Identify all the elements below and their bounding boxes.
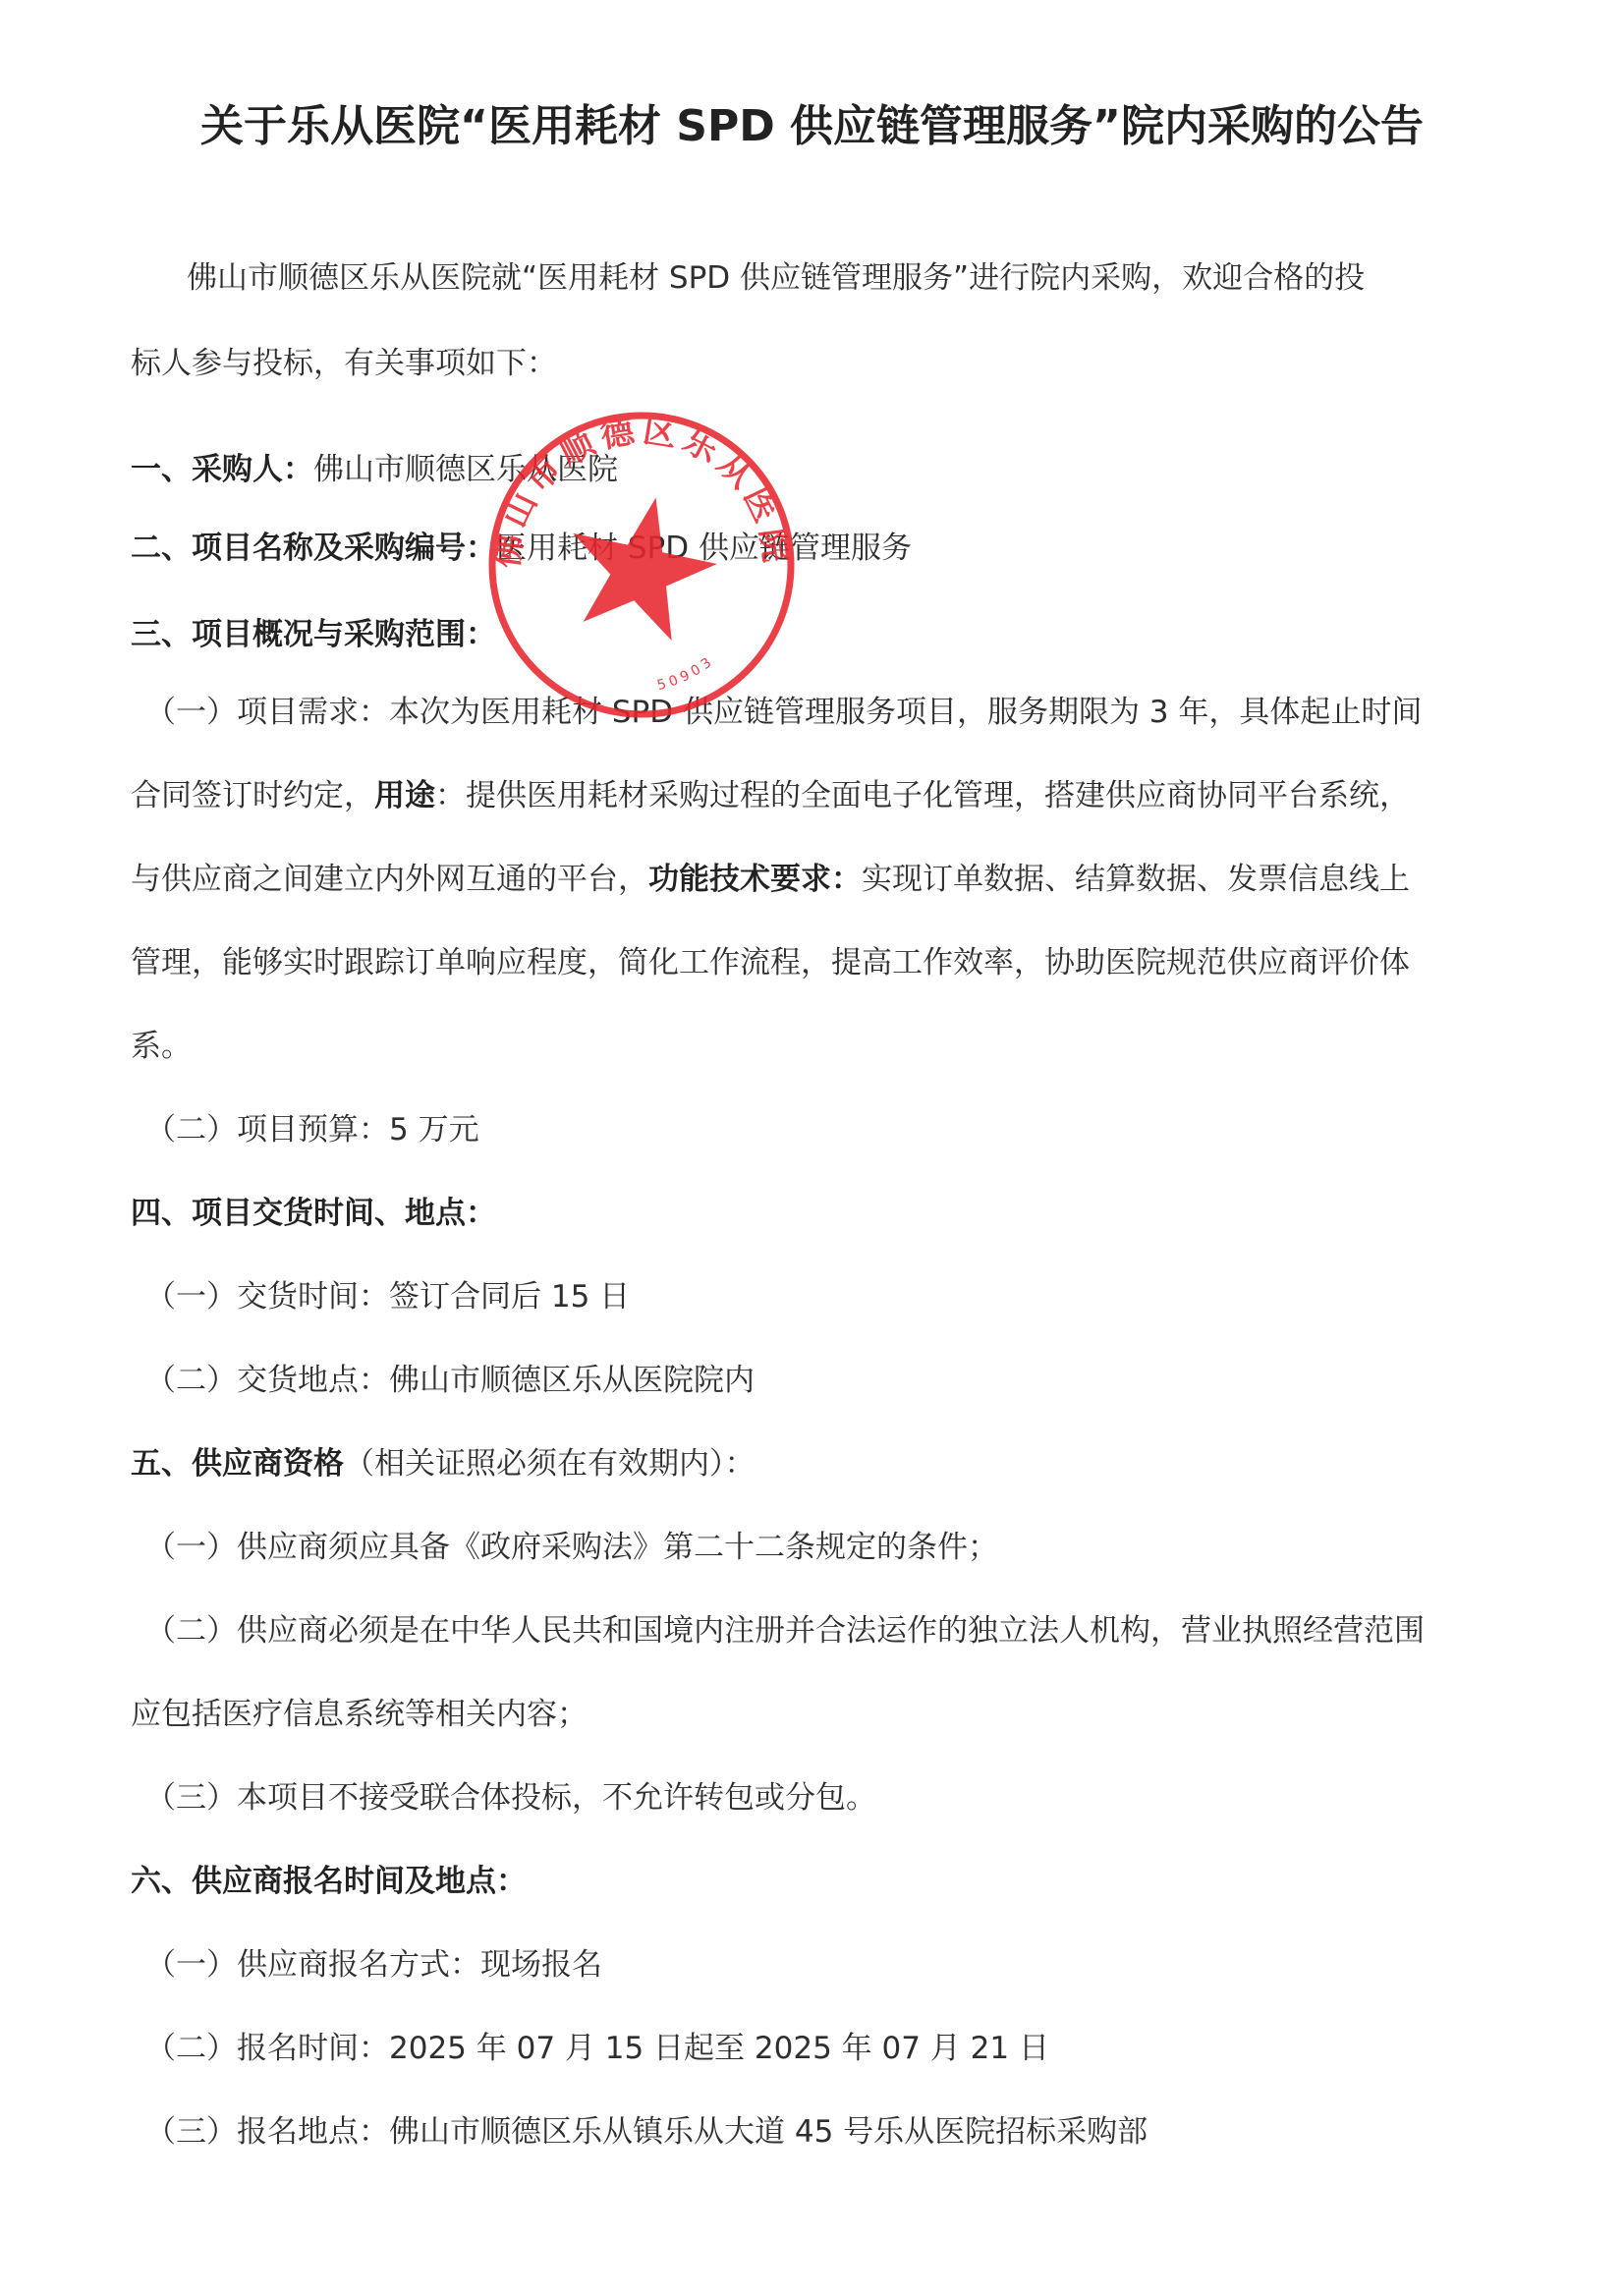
section-2-heading: 二、项目名称及采购编号：	[131, 531, 496, 566]
section-5-item-3: （三）本项目不接受联合体投标，不允许转包或分包。	[145, 1778, 876, 1818]
section-1: 一、采购人：佛山市顺德区乐从医院	[131, 450, 618, 489]
section-5-item-2-line-1: （二）供应商必须是在中华人民共和国境内注册并合法运作的独立法人机构，营业执照经营…	[145, 1611, 1425, 1651]
seal-serial: 50903	[655, 652, 717, 694]
section-6-heading: 六、供应商报名时间及地点：	[131, 1862, 527, 1901]
section-6-item-2: （二）报名时间：2025 年 07 月 15 日起至 2025 年 07 月 2…	[145, 2029, 1049, 2068]
tech-requirements-label: 功能技术要求：	[648, 862, 862, 897]
document-title: 关于乐从医院“医用耗材 SPD 供应链管理服务”院内采购的公告	[0, 90, 1624, 153]
section-5-item-2-line-2: 应包括医疗信息系统等相关内容；	[131, 1695, 588, 1734]
document-page: 关于乐从医院“医用耗材 SPD 供应链管理服务”院内采购的公告 佛山市顺德区乐从…	[0, 0, 1624, 2295]
text-span: 实现订单数据、结算数据、发票信息线上	[862, 862, 1410, 897]
section-5-heading-note: （相关证照必须在有效期内）：	[344, 1446, 756, 1482]
section-3-item-1-line-1: （一）项目需求：本次为医用耗材 SPD 供应链管理服务项目，服务期限为 3 年，…	[145, 693, 1422, 732]
section-5-heading-line: 五、供应商资格（相关证照必须在有效期内）：	[131, 1444, 756, 1483]
section-6-item-3: （三）报名地点：佛山市顺德区乐从镇乐从大道 45 号乐从医院招标采购部	[145, 2112, 1148, 2152]
section-3-item-1-line-4: 管理，能够实时跟踪订单响应程度，简化工作流程，提高工作效率，协助医院规范供应商评…	[131, 943, 1410, 982]
text-span: 合同签订时约定，	[131, 778, 374, 813]
intro-line-1: 佛山市顺德区乐从医院就“医用耗材 SPD 供应链管理服务”进行院内采购，欢迎合格…	[187, 258, 1365, 298]
intro-line-2: 标人参与投标，有关事项如下：	[131, 344, 557, 383]
section-5-heading: 五、供应商资格	[131, 1446, 344, 1482]
section-5-item-1: （一）供应商须应具备《政府采购法》第二十二条规定的条件；	[145, 1528, 998, 1567]
section-1-heading: 一、采购人：	[131, 452, 313, 487]
section-3-item-1-line-2: 合同签订时约定，用途：提供医用耗材采购过程的全面电子化管理，搭建供应商协同平台系…	[131, 776, 1410, 815]
section-3-item-1-line-3: 与供应商之间建立内外网互通的平台，功能技术要求：实现订单数据、结算数据、发票信息…	[131, 860, 1410, 899]
section-2-text: 医用耗材 SPD 供应链管理服务	[496, 531, 912, 566]
section-1-text: 佛山市顺德区乐从医院	[313, 452, 618, 487]
section-4-item-2: （二）交货地点：佛山市顺德区乐从医院院内	[145, 1361, 755, 1400]
section-6-item-1: （一）供应商报名方式：现场报名	[145, 1945, 602, 1985]
section-4-item-1: （一）交货时间：签订合同后 15 日	[145, 1277, 630, 1316]
section-4-heading: 四、项目交货时间、地点：	[131, 1194, 496, 1233]
text-span: ：提供医用耗材采购过程的全面电子化管理，搭建供应商协同平台系统，	[435, 778, 1410, 813]
usage-label: 用途	[374, 778, 435, 813]
section-3-heading: 三、项目概况与采购范围：	[131, 615, 496, 654]
text-span: 与供应商之间建立内外网互通的平台，	[131, 862, 648, 897]
section-2: 二、项目名称及采购编号：医用耗材 SPD 供应链管理服务	[131, 529, 912, 568]
section-3-item-2: （二）项目预算：5 万元	[145, 1110, 479, 1149]
section-3-item-1-line-5: 系。	[131, 1027, 192, 1066]
